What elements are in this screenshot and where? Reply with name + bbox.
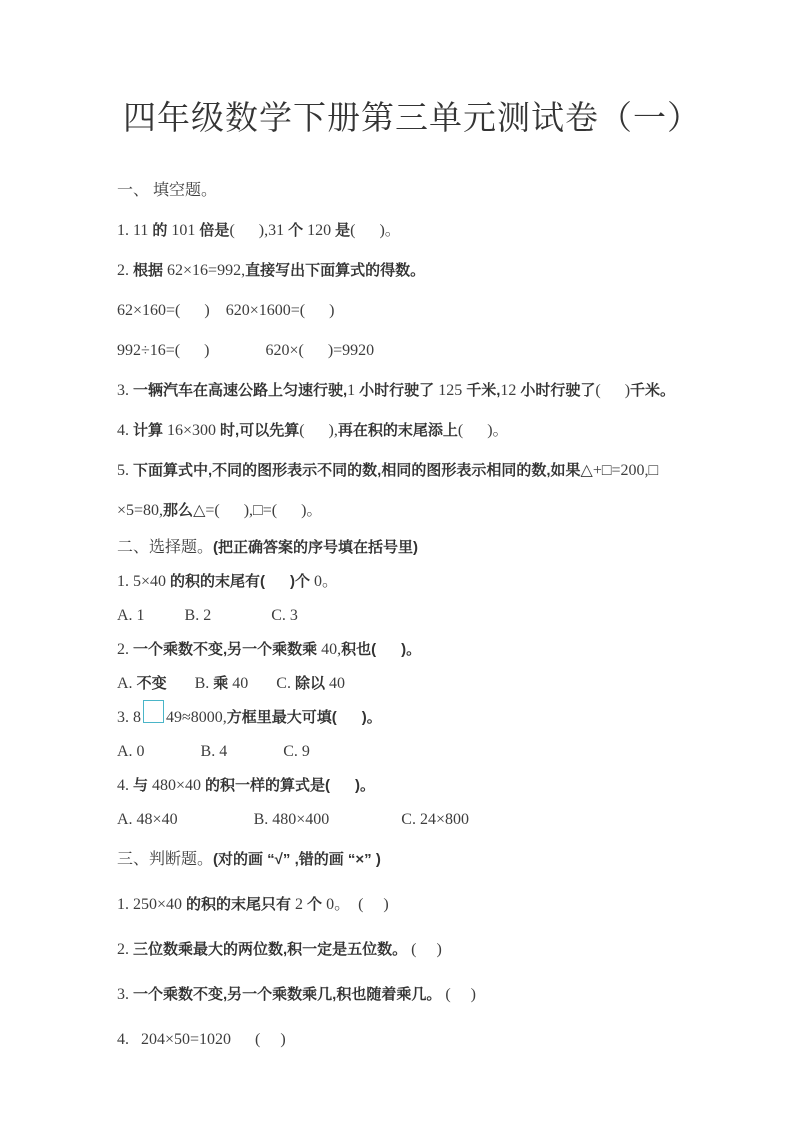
section-heading-multiple-choice: 二、选择题。(把正确答案的序号填在括号里) <box>117 531 707 565</box>
text: 1. 5×40 <box>117 573 170 590</box>
text-bold: 小时行驶了 <box>520 382 595 399</box>
text-bold: 直接写出下面算式的得数。 <box>245 262 425 279</box>
text-bold: 一个乘数不变,另一个乘数乘 <box>133 641 317 658</box>
text-bold: 计算 <box>133 422 163 439</box>
text: A. 0 B. 4 C. 9 <box>117 743 310 760</box>
question-line: 3. 一个乘数不变,另一个乘数乘几,积也随着乘几。 ( ) <box>117 972 707 1017</box>
text: ( ) <box>441 986 476 1003</box>
question-line: 2. 三位数乘最大的两位数,积一定是五位数。 ( ) <box>117 927 707 972</box>
text: 16×300 <box>163 422 220 439</box>
text-bold: 乘 <box>213 675 228 692</box>
text-bold: 是 <box>335 222 350 239</box>
question-line: 4. 与 480×40 的积一样的算式是( )。 <box>117 769 707 803</box>
text: 三、判断题。 <box>117 851 213 868</box>
text-bold: 除以 <box>295 675 325 692</box>
text: △+□=200,□ <box>581 462 659 479</box>
document-body: 一、 填空题。1. 11 的 101 倍是( ),31 个 120 是( )。2… <box>117 171 707 1062</box>
text: 1 <box>347 382 359 399</box>
question-line: 2. 一个乘数不变,另一个乘数乘 40,积也( )。 <box>117 633 707 667</box>
text: 62×16=992, <box>163 262 245 279</box>
text: 4. 204×50=1020 ( ) <box>117 1031 286 1048</box>
text-bold: 方框里最大可填( )。 <box>227 709 382 726</box>
text-bold: 一辆汽车在高速公路上匀速行驶, <box>133 382 347 399</box>
text: 4. <box>117 422 133 439</box>
text: 101 <box>167 222 199 239</box>
text: 49≈8000, <box>166 709 227 726</box>
text: 1. 11 <box>117 222 152 239</box>
text: ( )。 <box>458 422 509 439</box>
text: ×5=80, <box>117 502 163 519</box>
text: ( ) <box>595 382 630 399</box>
text: 一、 填空题。 <box>117 182 217 199</box>
options-line: A. 不变 B. 乘 40 C. 除以 40 <box>117 667 707 701</box>
text-bold: 时,可以先算 <box>220 422 299 439</box>
text-bold: 的积的末尾有( )个 <box>170 573 310 590</box>
text: 2 <box>291 896 307 913</box>
page-title: 四年级数学下册第三单元测试卷（一） <box>117 92 707 139</box>
question-line: 4. 204×50=1020 ( ) <box>117 1017 707 1062</box>
text: 1. 250×40 <box>117 896 186 913</box>
text: 40, <box>317 641 341 658</box>
answer-box <box>143 700 164 723</box>
text: 2. <box>117 941 133 958</box>
question-line: 3. 一辆汽车在高速公路上匀速行驶,1 小时行驶了 125 千米,12 小时行驶… <box>117 371 707 411</box>
text: 2. <box>117 262 133 279</box>
section-heading-true-false: 三、判断题。(对的画 “√” ,错的画 “×” ) <box>117 837 707 882</box>
test-paper-page: 四年级数学下册第三单元测试卷（一） 一、 填空题。1. 11 的 101 倍是(… <box>0 0 793 1122</box>
text: 120 <box>303 222 335 239</box>
options-line: A. 0 B. 4 C. 9 <box>117 735 707 769</box>
text-bold: 一个乘数不变,另一个乘数乘几,积也随着乘几。 <box>133 986 441 1003</box>
section-heading-fill-blanks: 一、 填空题。 <box>117 171 707 211</box>
text: B. <box>167 675 214 692</box>
text-bold: 的 <box>152 222 167 239</box>
text: 992÷16=( ) 620×( )=9920 <box>117 342 374 359</box>
text: 3. <box>117 986 133 1003</box>
equation-line: 992÷16=( ) 620×( )=9920 <box>117 331 707 371</box>
text: 125 <box>434 382 466 399</box>
text: 0。 ( ) <box>322 896 389 913</box>
options-line: A. 1 B. 2 C. 3 <box>117 599 707 633</box>
text-bold: 千米, <box>466 382 500 399</box>
text: ( ), <box>299 422 338 439</box>
text: 4. <box>117 777 133 794</box>
text-bold: 小时行驶了 <box>359 382 434 399</box>
text-bold: 根据 <box>133 262 163 279</box>
question-line: 4. 计算 16×300 时,可以先算( ),再在积的末尾添上( )。 <box>117 411 707 451</box>
question-line: 2. 根据 62×16=992,直接写出下面算式的得数。 <box>117 251 707 291</box>
text-bold: 积也( )。 <box>341 641 421 658</box>
text-bold: 再在积的末尾添上 <box>338 422 458 439</box>
text: A. 48×40 B. 480×400 C. 24×800 <box>117 811 469 828</box>
equation-line: 62×160=( ) 620×1600=( ) <box>117 291 707 331</box>
text: 40 <box>325 675 345 692</box>
text-bold: 倍是 <box>199 222 229 239</box>
question-line: ×5=80,那么△=( ),□=( )。 <box>117 491 707 531</box>
text-bold: 的积的末尾只有 <box>186 896 291 913</box>
text-bold: (对的画 “√” ,错的画 “×” ) <box>213 851 381 868</box>
text-bold: 个 <box>307 896 322 913</box>
text: 480×40 <box>148 777 205 794</box>
question-line: 1. 250×40 的积的末尾只有 2 个 0。 ( ) <box>117 882 707 927</box>
text-bold: 不变 <box>137 675 167 692</box>
question-line: 1. 5×40 的积的末尾有( )个 0。 <box>117 565 707 599</box>
text-bold: 下面算式中,不同的图形表示不同的数,相同的图形表示相同的数,如果 <box>133 462 581 479</box>
question-line: 1. 11 的 101 倍是( ),31 个 120 是( )。 <box>117 211 707 251</box>
text-bold: 那么 <box>163 502 193 519</box>
text: 40 C. <box>228 675 295 692</box>
text: △=( ),□=( )。 <box>193 502 322 519</box>
text-bold: 三位数乘最大的两位数,积一定是五位数。 <box>133 941 407 958</box>
text-bold: 千米。 <box>630 382 675 399</box>
text: 二、选择题。 <box>117 539 213 556</box>
text: A. <box>117 675 137 692</box>
text: 0。 <box>310 573 338 590</box>
text-bold: 的积一样的算式是( )。 <box>205 777 375 794</box>
text: 3. <box>117 382 133 399</box>
text-bold: 个 <box>288 222 303 239</box>
text: 62×160=( ) 620×1600=( ) <box>117 302 334 319</box>
text: 5. <box>117 462 133 479</box>
question-line: 5. 下面算式中,不同的图形表示不同的数,相同的图形表示相同的数,如果△+□=2… <box>117 451 707 491</box>
text-bold: 与 <box>133 777 148 794</box>
text: ( ),31 <box>229 222 288 239</box>
text: 3. 8 <box>117 709 141 726</box>
options-line: A. 48×40 B. 480×400 C. 24×800 <box>117 803 707 837</box>
text: ( ) <box>407 941 442 958</box>
text: 12 <box>500 382 520 399</box>
text: ( )。 <box>350 222 401 239</box>
text: A. 1 B. 2 C. 3 <box>117 607 298 624</box>
question-line: 3. 849≈8000,方框里最大可填( )。 <box>117 701 707 735</box>
text-bold: (把正确答案的序号填在括号里) <box>213 539 418 556</box>
text: 2. <box>117 641 133 658</box>
